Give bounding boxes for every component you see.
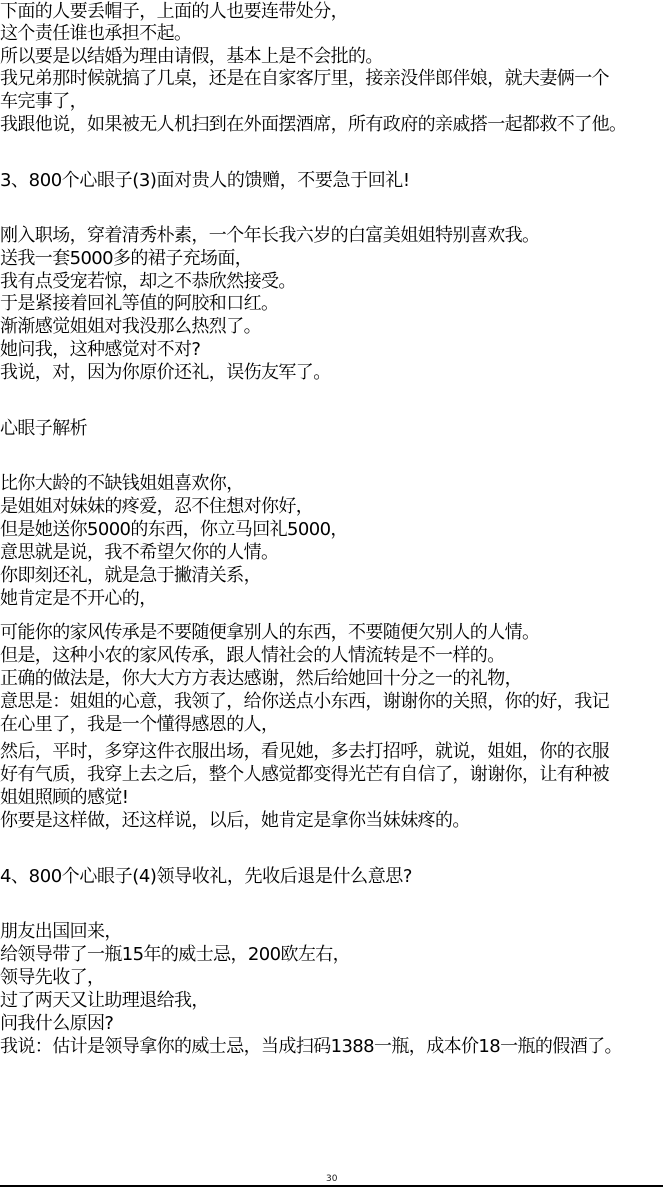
text-line: 我有点受宠若惊，却之不恭欣然接受。 bbox=[0, 271, 296, 293]
text-line: 好有气质，我穿上去之后，整个人感觉都变得光芒有自信了，谢谢你，让有种被 bbox=[0, 764, 609, 786]
text-line: 送我一套5000多的裙子充场面， bbox=[0, 248, 252, 270]
text-line: 可能你的家风传承是不要随便拿别人的东西，不要随便欠别人的人情。 bbox=[0, 622, 539, 644]
text-line: 这个责任谁也承担不起。 bbox=[0, 23, 191, 45]
text-line: 领导先收了， bbox=[0, 967, 104, 989]
page-number: 30 bbox=[326, 1174, 337, 1184]
text-line: 给领导带了一瓶15年的威士忌，200欧左右， bbox=[0, 944, 350, 966]
document-page: 下面的人要丢帽子，上面的人也要连带处分，这个责任谁也承担不起。所以要是以结婚为理… bbox=[0, 0, 663, 1187]
text-line: 但是她送你5000的东西，你立马回礼5000， bbox=[0, 519, 348, 541]
text-line: 意思是：姐姐的心意，我领了，给你送点小东西，谢谢你的关照，你的好，我记 bbox=[0, 691, 609, 713]
section-heading: 3、800个心眼子(3)面对贵人的馈赠，不要急于回礼! bbox=[0, 170, 410, 192]
text-line: 刚入职场，穿着清秀朴素，一个年长我六岁的白富美姐姐特别喜欢我。 bbox=[0, 225, 539, 247]
text-line: 姐姐照顾的感觉! bbox=[0, 787, 128, 809]
text-line: 所以要是以结婚为理由请假，基本上是不会批的。 bbox=[0, 46, 383, 68]
text-line: 她问我，这种感觉对不对? bbox=[0, 339, 200, 361]
text-line: 她肯定是不开心的， bbox=[0, 588, 157, 610]
text-line: 我跟他说，如果被无人机扫到在外面摆酒席，所有政府的亲戚搭一起都救不了他。 bbox=[0, 114, 626, 136]
text-line: 我说：估计是领导拿你的威士忌，当成扫码1388一瓶，成本价18一瓶的假酒了。 bbox=[0, 1036, 622, 1058]
text-line: 你要是这样做，还这样说，以后，她肯定是拿你当妹妹疼的。 bbox=[0, 810, 470, 832]
text-line: 比你大龄的不缺钱姐姐喜欢你， bbox=[0, 473, 244, 495]
text-line: 心眼子解析 bbox=[0, 418, 87, 440]
text-line: 你即刻还礼，就是急于撇清关系， bbox=[0, 565, 261, 587]
text-line: 于是紧接着回礼等值的阿胶和口红。 bbox=[0, 293, 278, 315]
text-line: 渐渐感觉姐姐对我没那么热烈了。 bbox=[0, 316, 261, 338]
text-line: 但是，这种小农的家风传承，跟人情社会的人情流转是不一样的。 bbox=[0, 645, 505, 667]
text-line: 在心里了，我是一个懂得感恩的人， bbox=[0, 714, 278, 736]
text-line: 过了两天又让助理退给我， bbox=[0, 990, 209, 1012]
text-line: 我说，对，因为你原价还礼，误伤友军了。 bbox=[0, 362, 331, 384]
section-heading: 4、800个心眼子(4)领导收礼，先收后退是什么意思? bbox=[0, 866, 412, 888]
text-line: 下面的人要丢帽子，上面的人也要连带处分， bbox=[0, 1, 348, 23]
text-line: 朋友出国回来， bbox=[0, 921, 122, 943]
text-line: 车完事了， bbox=[0, 91, 87, 113]
text-line: 我兄弟那时候就搞了几桌，还是在自家客厅里，接亲没伴郎伴娘，就夫妻俩一个 bbox=[0, 68, 609, 90]
text-line: 是姐姐对妹妹的疼爱，忍不住想对你好， bbox=[0, 496, 313, 518]
text-line: 然后，平时，多穿这件衣服出场，看见她，多去打招呼，就说，姐姐，你的衣服 bbox=[0, 741, 609, 763]
text-line: 问我什么原因? bbox=[0, 1013, 113, 1035]
text-line: 正确的做法是，你大大方方表达感谢，然后给她回十分之一的礼物， bbox=[0, 668, 522, 690]
text-line: 意思就是说，我不希望欠你的人情。 bbox=[0, 542, 278, 564]
